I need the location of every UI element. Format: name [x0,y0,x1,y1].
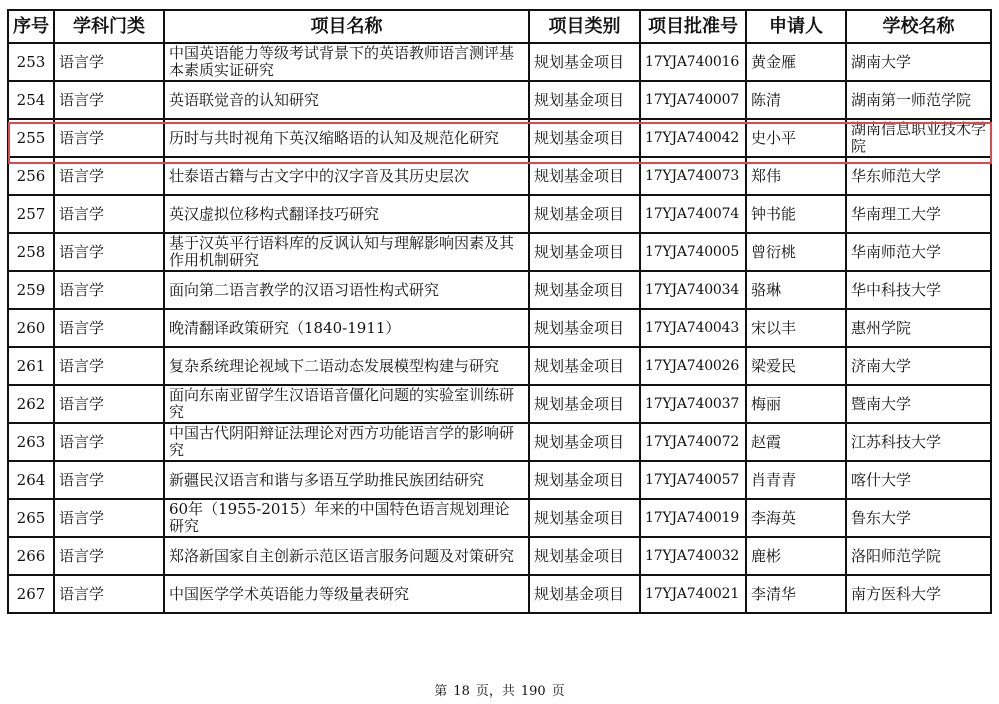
cell-discipline: 语言学 [54,347,164,385]
cell-applicant: 曾衍桃 [746,233,846,271]
cell-applicant: 李海英 [746,499,846,537]
cell-school: 江苏科技大学 [846,423,991,461]
cell-discipline: 语言学 [54,195,164,233]
cell-title: 中国古代阴阳辩证法理论对西方功能语言学的影响研究 [164,423,529,461]
cell-discipline: 语言学 [54,157,164,195]
cell-discipline: 语言学 [54,119,164,157]
cell-applicant: 钟书能 [746,195,846,233]
cell-no: 258 [8,233,54,271]
cell-school: 暨南大学 [846,385,991,423]
cell-category: 规划基金项目 [529,271,640,309]
cell-category: 规划基金项目 [529,43,640,81]
cell-category: 规划基金项目 [529,347,640,385]
footer-page-suffix: 页，共 [476,684,515,699]
cell-applicant: 鹿彬 [746,537,846,575]
header-no: 序号 [8,10,54,43]
footer-total-suffix: 页 [552,684,565,699]
cell-school: 华南师范大学 [846,233,991,271]
cell-school: 喀什大学 [846,461,991,499]
cell-code: 17YJA740073 [640,157,746,195]
cell-category: 规划基金项目 [529,499,640,537]
cell-title: 郑洛新国家自主创新示范区语言服务问题及对策研究 [164,537,529,575]
cell-code: 17YJA740037 [640,385,746,423]
table-row: 266 语言学 郑洛新国家自主创新示范区语言服务问题及对策研究 规划基金项目 1… [8,537,991,575]
page-footer: 第18页，共190页 [0,680,999,699]
cell-school: 湖南大学 [846,43,991,81]
cell-applicant: 梅丽 [746,385,846,423]
cell-applicant: 宋以丰 [746,309,846,347]
cell-code: 17YJA740019 [640,499,746,537]
cell-code: 17YJA740072 [640,423,746,461]
cell-title: 中国英语能力等级考试背景下的英语教师语言测评基本素质实证研究 [164,43,529,81]
cell-no: 262 [8,385,54,423]
cell-no: 259 [8,271,54,309]
cell-title: 晚清翻译政策研究（1840-1911） [164,309,529,347]
cell-title: 英汉虚拟位移构式翻译技巧研究 [164,195,529,233]
cell-school: 南方医科大学 [846,575,991,613]
cell-school: 济南大学 [846,347,991,385]
cell-title: 壮泰语古籍与古文字中的汉字音及其历史层次 [164,157,529,195]
cell-category: 规划基金项目 [529,385,640,423]
table-row: 263 语言学 中国古代阴阳辩证法理论对西方功能语言学的影响研究 规划基金项目 … [8,423,991,461]
cell-category: 规划基金项目 [529,157,640,195]
cell-applicant: 陈清 [746,81,846,119]
cell-applicant: 赵霞 [746,423,846,461]
cell-no: 257 [8,195,54,233]
cell-no: 255 [8,119,54,157]
cell-applicant: 骆琳 [746,271,846,309]
header-school: 学校名称 [846,10,991,43]
cell-applicant: 梁爱民 [746,347,846,385]
cell-title: 60年（1955-2015）年来的中国特色语言规划理论研究 [164,499,529,537]
cell-code: 17YJA740026 [640,347,746,385]
table-header-row: 序号 学科门类 项目名称 项目类别 项目批准号 申请人 学校名称 [8,10,991,43]
table-row: 261 语言学 复杂系统理论视域下二语动态发展模型构建与研究 规划基金项目 17… [8,347,991,385]
cell-title: 基于汉英平行语料库的反讽认知与理解影响因素及其作用机制研究 [164,233,529,271]
cell-code: 17YJA740021 [640,575,746,613]
footer-current-page: 18 [453,684,470,699]
cell-title: 复杂系统理论视域下二语动态发展模型构建与研究 [164,347,529,385]
cell-applicant: 李清华 [746,575,846,613]
table-row: 259 语言学 面向第二语言教学的汉语习语性构式研究 规划基金项目 17YJA7… [8,271,991,309]
table-row: 262 语言学 面向东南亚留学生汉语语音僵化问题的实验室训练研究 规划基金项目 … [8,385,991,423]
cell-title: 面向第二语言教学的汉语习语性构式研究 [164,271,529,309]
table-row: 264 语言学 新疆民汉语言和谐与多语互学助推民族团结研究 规划基金项目 17Y… [8,461,991,499]
cell-code: 17YJA740074 [640,195,746,233]
table-row: 254 语言学 英语联觉音的认知研究 规划基金项目 17YJA740007 陈清… [8,81,991,119]
cell-no: 263 [8,423,54,461]
cell-no: 256 [8,157,54,195]
cell-code: 17YJA740034 [640,271,746,309]
cell-category: 规划基金项目 [529,119,640,157]
cell-discipline: 语言学 [54,309,164,347]
cell-category: 规划基金项目 [529,195,640,233]
cell-discipline: 语言学 [54,461,164,499]
header-code: 项目批准号 [640,10,746,43]
table-row: 257 语言学 英汉虚拟位移构式翻译技巧研究 规划基金项目 17YJA74007… [8,195,991,233]
cell-school: 华东师范大学 [846,157,991,195]
cell-category: 规划基金项目 [529,233,640,271]
header-title: 项目名称 [164,10,529,43]
cell-code: 17YJA740016 [640,43,746,81]
cell-discipline: 语言学 [54,233,164,271]
cell-title: 面向东南亚留学生汉语语音僵化问题的实验室训练研究 [164,385,529,423]
cell-no: 260 [8,309,54,347]
table-row: 258 语言学 基于汉英平行语料库的反讽认知与理解影响因素及其作用机制研究 规划… [8,233,991,271]
cell-discipline: 语言学 [54,385,164,423]
header-applicant: 申请人 [746,10,846,43]
cell-discipline: 语言学 [54,81,164,119]
cell-no: 264 [8,461,54,499]
cell-school: 华南理工大学 [846,195,991,233]
cell-title: 英语联觉音的认知研究 [164,81,529,119]
cell-category: 规划基金项目 [529,537,640,575]
cell-discipline: 语言学 [54,423,164,461]
cell-school: 惠州学院 [846,309,991,347]
cell-applicant: 史小平 [746,119,846,157]
table-row: 265 语言学 60年（1955-2015）年来的中国特色语言规划理论研究 规划… [8,499,991,537]
header-category: 项目类别 [529,10,640,43]
cell-code: 17YJA740042 [640,119,746,157]
table-row: 253 语言学 中国英语能力等级考试背景下的英语教师语言测评基本素质实证研究 规… [8,43,991,81]
cell-no: 265 [8,499,54,537]
cell-code: 17YJA740043 [640,309,746,347]
cell-school: 洛阳师范学院 [846,537,991,575]
cell-code: 17YJA740005 [640,233,746,271]
cell-school: 湖南信息职业技术学院 [846,119,991,157]
cell-applicant: 黄金雁 [746,43,846,81]
cell-no: 254 [8,81,54,119]
footer-page-prefix: 第 [434,684,447,699]
cell-discipline: 语言学 [54,575,164,613]
cell-school: 华中科技大学 [846,271,991,309]
table-row: 256 语言学 壮泰语古籍与古文字中的汉字音及其历史层次 规划基金项目 17YJ… [8,157,991,195]
cell-code: 17YJA740057 [640,461,746,499]
cell-category: 规划基金项目 [529,575,640,613]
cell-discipline: 语言学 [54,271,164,309]
table-row: 260 语言学 晚清翻译政策研究（1840-1911） 规划基金项目 17YJA… [8,309,991,347]
cell-school: 湖南第一师范学院 [846,81,991,119]
table-row-highlighted: 255 语言学 历时与共时视角下英汉缩略语的认知及规范化研究 规划基金项目 17… [8,119,991,157]
cell-category: 规划基金项目 [529,309,640,347]
cell-title: 新疆民汉语言和谐与多语互学助推民族团结研究 [164,461,529,499]
cell-category: 规划基金项目 [529,423,640,461]
cell-category: 规划基金项目 [529,81,640,119]
cell-discipline: 语言学 [54,537,164,575]
cell-discipline: 语言学 [54,43,164,81]
cell-code: 17YJA740007 [640,81,746,119]
table-row: 267 语言学 中国医学学术英语能力等级量表研究 规划基金项目 17YJA740… [8,575,991,613]
cell-discipline: 语言学 [54,499,164,537]
cell-no: 267 [8,575,54,613]
cell-applicant: 肖青青 [746,461,846,499]
cell-code: 17YJA740032 [640,537,746,575]
footer-total-pages: 190 [521,684,546,699]
cell-category: 规划基金项目 [529,461,640,499]
cell-applicant: 郑伟 [746,157,846,195]
header-discipline: 学科门类 [54,10,164,43]
project-table-container: 序号 学科门类 项目名称 项目类别 项目批准号 申请人 学校名称 253 语言学… [7,9,992,614]
cell-no: 261 [8,347,54,385]
cell-no: 266 [8,537,54,575]
cell-school: 鲁东大学 [846,499,991,537]
cell-title: 历时与共时视角下英汉缩略语的认知及规范化研究 [164,119,529,157]
project-table: 序号 学科门类 项目名称 项目类别 项目批准号 申请人 学校名称 253 语言学… [7,9,992,614]
cell-title: 中国医学学术英语能力等级量表研究 [164,575,529,613]
cell-no: 253 [8,43,54,81]
